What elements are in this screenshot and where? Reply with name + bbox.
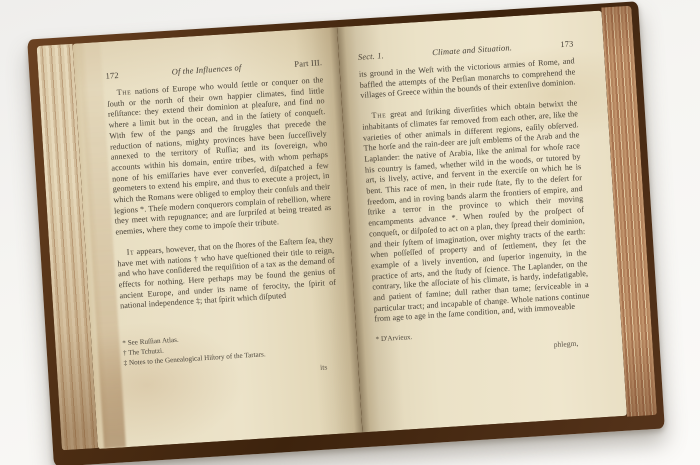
body-paragraph: The great and ſtriking diverſities which… [361, 98, 590, 325]
photo-background: 172 Of the Influences of Part III. The n… [0, 0, 700, 465]
body-paragraph: its ground in the Weſt with the victorio… [359, 56, 577, 102]
right-text-block: its ground in the Weſt with the victorio… [359, 56, 591, 325]
body-paragraph: The nations of Europe who would ſettle o… [106, 75, 332, 238]
right-page-number: 173 [560, 39, 574, 49]
open-book: 172 Of the Influences of Part III. The n… [27, 1, 665, 465]
left-page: 172 Of the Influences of Part III. The n… [73, 27, 363, 449]
page-spread: 172 Of the Influences of Part III. The n… [73, 11, 627, 449]
part-label: Part III. [294, 58, 322, 69]
left-running-title: Of the Influences of [171, 63, 241, 76]
left-page-number: 172 [105, 71, 119, 81]
left-footnotes: * See Ruſſian Atlas. † The Tchutzi. ‡ No… [122, 325, 340, 369]
section-label: Sect. 1. [358, 51, 385, 62]
body-paragraph: It appears, however, that on the ſhores … [116, 235, 337, 313]
right-running-title: Climate and Situation. [432, 43, 512, 57]
right-page: Sect. 1. Climate and Situation. 173 its … [337, 11, 627, 433]
left-text-block: The nations of Europe who would ſettle o… [106, 75, 337, 312]
